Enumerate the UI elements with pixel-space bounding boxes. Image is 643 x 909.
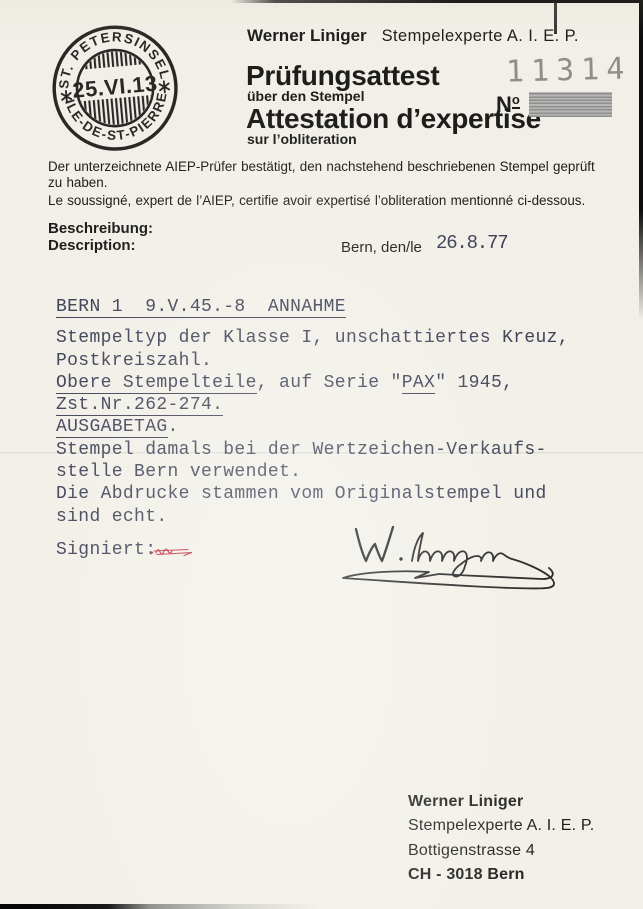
- typewriter-segment: " 1945,: [435, 373, 513, 393]
- number-label: No: [496, 92, 520, 118]
- typewriter-segment: BERN 1 9.V.45.-8 ANNAHME: [56, 297, 346, 318]
- signed-label: Signiert:: [56, 540, 156, 560]
- letterhead: Werner Liniger Stempelexperte A. I. E. P…: [247, 26, 579, 46]
- typewriter-body: BERN 1 9.V.45.-8 ANNAHMEStempeltyp der K…: [56, 296, 569, 528]
- expert-title: Stempelexperte A. I. E. P.: [382, 27, 579, 46]
- typewriter-segment: Die Abdrucke stammen vom Originalstempel…: [56, 484, 547, 504]
- typewriter-line: Obere Stempelteile, auf Serie "PAX" 1945…: [56, 372, 569, 394]
- place-date-label: Bern, den/le: [341, 239, 422, 256]
- ornament-right-icon: [159, 81, 169, 93]
- date-typed: 26.8.77: [436, 232, 507, 254]
- footer-city: CH - 3018 Bern: [408, 863, 594, 887]
- scan-edge-bottom: [0, 904, 320, 909]
- typewriter-segment: AUSGABETAG: [56, 417, 168, 438]
- description-label-de: Beschreibung:: [48, 221, 153, 238]
- signature: W. Liniger: [325, 506, 570, 594]
- typewriter-segment: PAX: [402, 373, 435, 394]
- statement-german: Der unterzeichnete AIEP-Prüfer bestätigt…: [48, 159, 606, 190]
- typewriter-line: AUSGABETAG.: [56, 416, 569, 438]
- certificate-number-handwritten: 11314: [506, 51, 632, 89]
- scan-edge-top: [230, 0, 643, 3]
- typewriter-segment: Stempel damals bei der Wertzeichen-Verka…: [56, 440, 547, 460]
- scan-edge-right: [639, 0, 643, 320]
- description-label-fr: Description:: [48, 238, 153, 255]
- expert-name: Werner Liniger: [247, 26, 367, 46]
- typewriter-segment: sind echt.: [56, 507, 168, 527]
- footer-name: Werner Liniger: [408, 790, 594, 814]
- statement-french: Le soussigné, expert de l’AIEP, certifie…: [48, 193, 606, 209]
- typewriter-segment: .: [168, 417, 179, 437]
- typewriter-segment: Postkreiszahl.: [56, 351, 212, 371]
- statement-block: Der unterzeichnete AIEP-Prüfer bestätigt…: [48, 159, 606, 209]
- typewriter-segment: Stempeltyp der Klasse I, unschattiertes …: [56, 328, 569, 348]
- typewriter-line: stelle Bern verwendet.: [56, 461, 569, 483]
- footer-street: Bottigenstrasse 4: [408, 839, 594, 863]
- number-label-o: o: [512, 92, 520, 109]
- typewriter-line: Postkreiszahl.: [56, 350, 569, 372]
- footer-title: Stempelexperte A. I. E. P.: [408, 814, 594, 838]
- typewriter-line: BERN 1 9.V.45.-8 ANNAHME: [56, 296, 569, 318]
- subtitle-german: über den Stempel: [247, 88, 364, 104]
- typewriter-line: Stempel damals bei der Wertzeichen-Verka…: [56, 439, 569, 461]
- footer-address: Werner Liniger Stempelexperte A. I. E. P…: [408, 790, 594, 888]
- typewriter-line: Zst.Nr.262-274.: [56, 394, 569, 416]
- typewriter-segment: Obere Stempelteile: [56, 373, 257, 394]
- description-labels: Beschreibung: Description:: [48, 221, 153, 254]
- certificate-document: ST. PETERSINSEL 25.VI.13 ILE-DE-ST-PIERR…: [0, 0, 643, 909]
- number-redaction-box: [529, 92, 612, 117]
- postmark-stamp: ST. PETERSINSEL 25.VI.13 ILE-DE-ST-PIERR…: [40, 6, 193, 168]
- number-label-n: N: [496, 92, 512, 117]
- subtitle-french: sur l’obliteration: [247, 131, 357, 147]
- red-correction-mark: [148, 543, 194, 557]
- typewriter-segment: Zst.Nr.262-274.: [56, 395, 223, 416]
- typewriter-line: Stempeltyp der Klasse I, unschattiertes …: [56, 327, 569, 349]
- typewriter-line: Die Abdrucke stammen vom Originalstempel…: [56, 483, 569, 505]
- typewriter-segment: , auf Serie ": [257, 373, 402, 393]
- typewriter-segment: stelle Bern verwendet.: [56, 462, 301, 482]
